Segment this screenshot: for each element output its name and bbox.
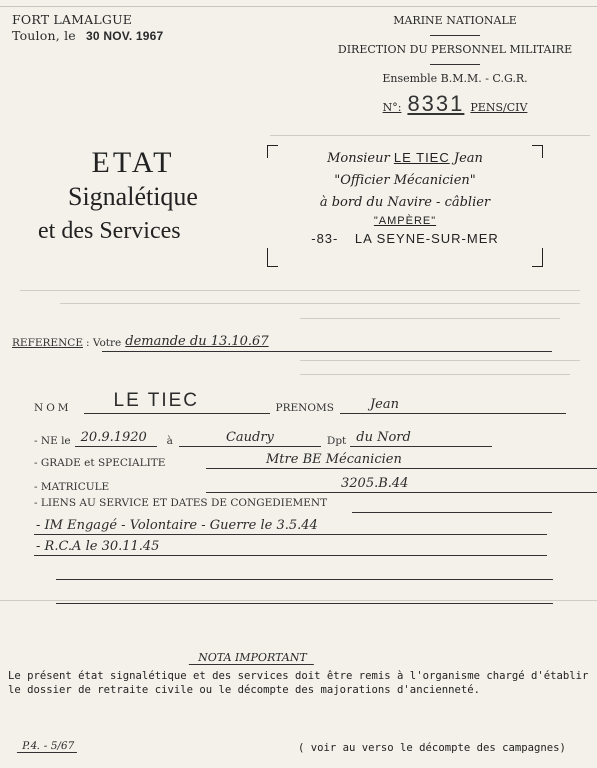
birth-date: 20.9.1920	[75, 430, 157, 447]
bracket-corner	[532, 145, 543, 158]
grade-value: Mtre BE Mécanicien	[206, 452, 597, 469]
address-line-2: "Officier Mécanicien"	[277, 170, 533, 192]
background-rule	[60, 303, 580, 304]
number-suffix: PENS/CIV	[470, 101, 527, 114]
birth-place: Caudry	[179, 430, 321, 447]
prenoms-value: Jean	[340, 397, 566, 414]
address-dept: -83-	[311, 231, 338, 246]
separator	[430, 35, 480, 36]
reference-prefix: : Votre	[86, 337, 121, 349]
grade-label: - GRADE et SPECIALITE	[34, 457, 194, 469]
number-label: N°:	[383, 101, 402, 114]
name-row: NOM LE TIEC PRENOMS Jean	[34, 390, 566, 414]
sender-block: FORT LAMALGUE Toulon, le 30 NOV. 1967	[12, 12, 163, 44]
nota-title: NOTA IMPORTANT	[189, 651, 316, 665]
liens-underline	[352, 512, 552, 513]
liens-entry: - R.C.A le 30.11.45	[34, 539, 547, 556]
city-prefix: Toulon, le	[12, 28, 76, 43]
document-title: ETAT Signalétique et des Services	[28, 146, 238, 248]
directorate: DIRECTION DU PERSONNEL MILITAIRE	[320, 43, 590, 57]
number-value: 8331	[407, 91, 464, 117]
background-rule	[20, 290, 580, 291]
sender-location: FORT LAMALGUE	[12, 12, 163, 28]
ensemble: Ensemble B.M.M. - C.G.R.	[320, 72, 590, 86]
address-surname: LE TIEC	[394, 150, 450, 165]
dpt-label: Dpt	[327, 435, 346, 447]
background-rule	[270, 135, 590, 136]
nom-label: NOM	[34, 402, 72, 414]
liens-entry: - IM Engagé - Volontaire - Guerre le 3.5…	[34, 518, 547, 535]
address-line-5: -83- LA SEYNE-SUR-MER	[277, 228, 533, 251]
matricule-row: - MATRICULE 3205.B.44	[34, 476, 597, 493]
reference-number: N°: 8331 PENS/CIV	[320, 91, 590, 117]
verso-note: ( voir au verso le décompte des campagne…	[298, 742, 566, 754]
dpt-value: du Nord	[350, 430, 492, 447]
background-rule	[300, 374, 570, 375]
title-line-2: Signalétique	[28, 180, 238, 214]
prenoms-label: PRENOMS	[276, 402, 334, 414]
matricule-value: 3205.B.44	[206, 476, 597, 493]
background-rule	[0, 600, 597, 601]
nota-text: Le présent état signalétique et des serv…	[8, 669, 593, 697]
form-code: P.4. - 5/67	[17, 740, 79, 753]
page-top-edge	[0, 6, 597, 7]
separator	[430, 64, 480, 65]
background-rule	[300, 318, 560, 319]
liens-label: - LIENS AU SERVICE ET DATES DE CONGEDIEM…	[34, 497, 327, 509]
bracket-corner	[532, 248, 543, 267]
reference-label: REFERENCE	[12, 337, 83, 349]
date-stamp: 30 NOV. 1967	[86, 29, 163, 43]
address-firstname: Jean	[454, 151, 483, 166]
background-rule	[300, 360, 580, 361]
organization: MARINE NATIONALE	[320, 14, 590, 28]
birth-label: - NE le	[34, 435, 71, 447]
liens-entry-1: - IM Engagé - Volontaire - Guerre le 3.5…	[34, 518, 547, 535]
address-city: LA SEYNE-SUR-MER	[355, 231, 499, 246]
reference-row: REFERENCE : Votre demande du 13.10.67	[12, 334, 269, 349]
liens-entry-2: - R.C.A le 30.11.45	[34, 539, 547, 556]
address-line-3: à bord du Navire - câblier	[277, 192, 533, 214]
nom-value: LE TIEC	[84, 390, 270, 414]
address-line-1: Monsieur LE TIEC Jean	[277, 147, 533, 170]
address-line-4: "AMPÈRE"	[277, 214, 533, 228]
birth-row: - NE le 20.9.1920 à Caudry Dpt du Nord	[34, 430, 492, 447]
liens-row: - LIENS AU SERVICE ET DATES DE CONGEDIEM…	[34, 497, 327, 509]
address-salutation: Monsieur	[327, 151, 390, 166]
reference-value: demande du 13.10.67	[125, 334, 268, 349]
authority-block: MARINE NATIONALE DIRECTION DU PERSONNEL …	[320, 14, 590, 117]
recipient-address: Monsieur LE TIEC Jean "Officier Mécanici…	[267, 145, 543, 267]
nota-line-1: Le présent état signalétique et des serv…	[8, 669, 593, 683]
nota-line-2: le dossier de retraite civile ou le déco…	[8, 683, 593, 697]
reference-underline	[102, 351, 552, 352]
grade-row: - GRADE et SPECIALITE Mtre BE Mécanicien	[34, 452, 597, 469]
matricule-label: - MATRICULE	[34, 481, 194, 493]
blank-entry-line	[56, 603, 553, 604]
birth-at-label: à	[167, 435, 173, 447]
title-line-1: ETAT	[28, 146, 238, 180]
blank-entry-line	[56, 579, 553, 580]
sender-date-line: Toulon, le 30 NOV. 1967	[12, 28, 163, 44]
title-line-3: et des Services	[28, 214, 238, 248]
